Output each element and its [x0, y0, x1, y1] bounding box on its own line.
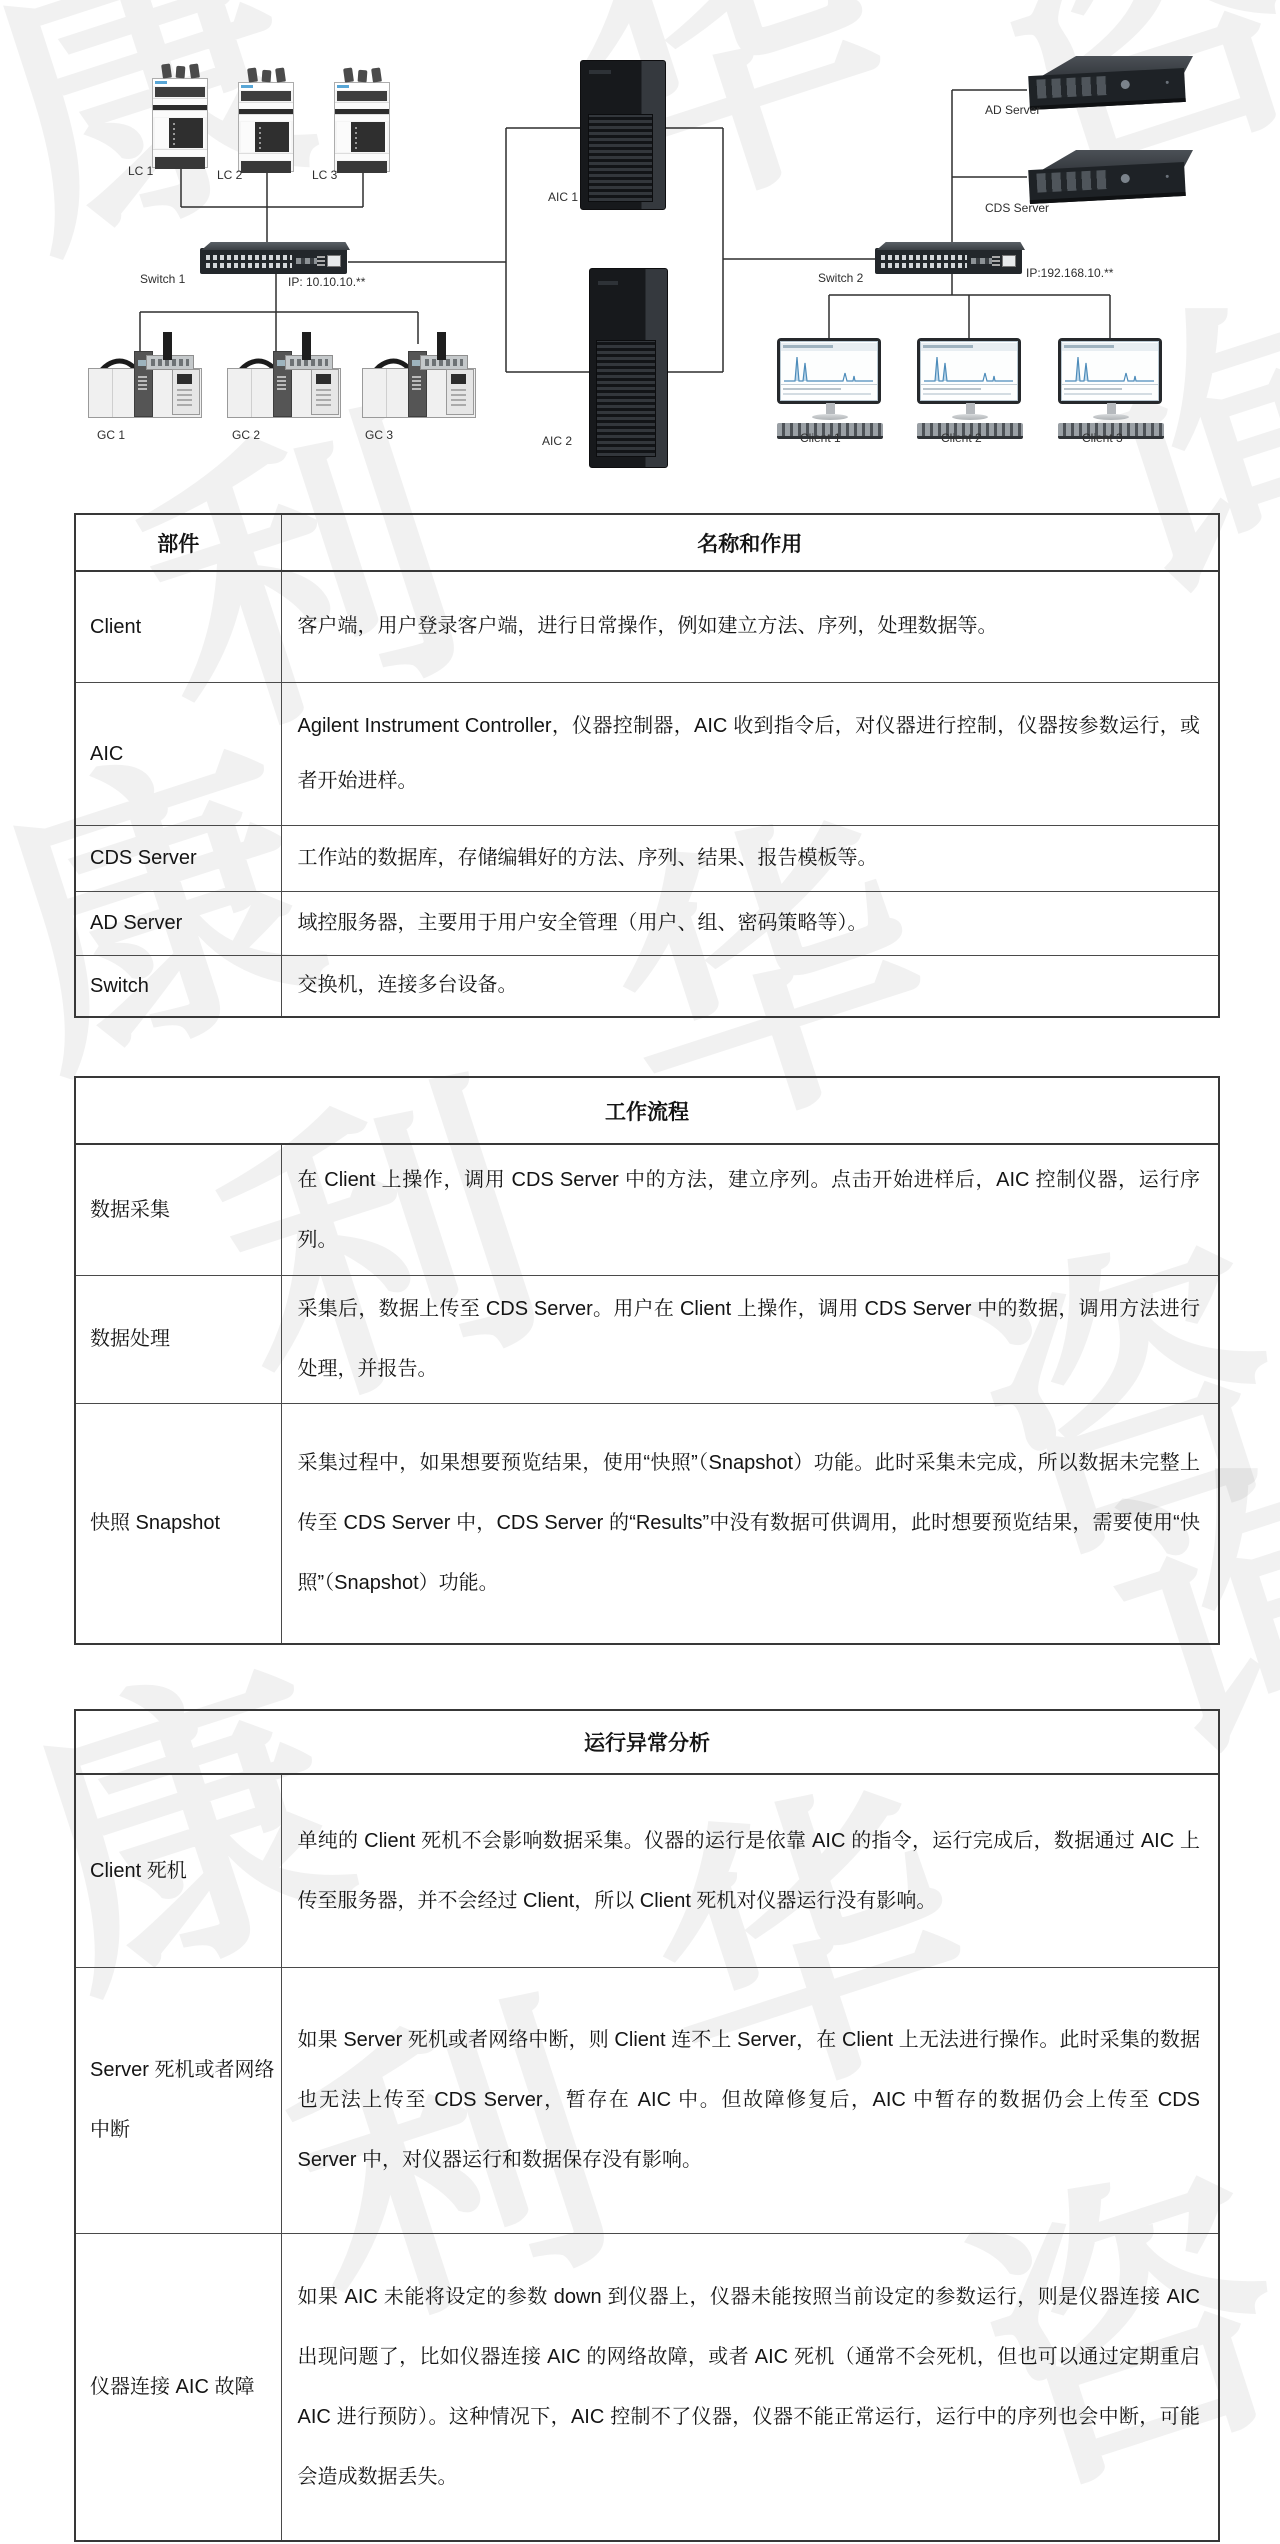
table-header-row: 部件 名称和作用: [75, 514, 1219, 571]
table-title: 运行异常分析: [75, 1710, 1219, 1774]
page: { "watermark":{"chars":["康","利","华","咨",…: [0, 0, 1280, 2544]
table-row: Client 死机 单纯的 Client 死机不会影响数据采集。仪器的运行是依靠…: [75, 1774, 1219, 1967]
chromatogram-screen: [780, 341, 878, 401]
monitor: [917, 338, 1021, 404]
chromatogram-icon: [781, 342, 877, 400]
client-workstation-3: [1058, 338, 1164, 439]
gc-injector-icon: [163, 332, 172, 360]
col-header-part: 部件: [75, 514, 281, 571]
term-cell: Client 死机: [75, 1774, 281, 1967]
lc-instrument-1: [152, 60, 208, 168]
cds-server-label: CDS Server: [985, 201, 1049, 215]
monitor-base: [812, 414, 848, 420]
term-cell: Server 死机或者网络中断: [75, 1967, 281, 2233]
monitor: [1058, 338, 1162, 404]
term-cell: 快照 Snapshot: [75, 1403, 281, 1644]
gc2-label: GC 2: [232, 428, 260, 442]
desc-cell: Agilent Instrument Controller，仪器控制器，AIC …: [281, 682, 1219, 825]
gc3-label: GC 3: [365, 428, 393, 442]
aic-tower-2: [589, 268, 668, 468]
ad-server: [1027, 56, 1195, 108]
lc1-label: LC 1: [128, 164, 153, 178]
term-cell: 数据采集: [75, 1144, 281, 1275]
table-row: 数据采集 在 Client 上操作，调用 CDS Server 中的方法，建立序…: [75, 1144, 1219, 1275]
table-row: Switch 交换机，连接多台设备。: [75, 955, 1219, 1017]
solvent-bottles-icon: [334, 64, 390, 82]
solvent-bottles-icon: [152, 60, 208, 78]
switch1-ip: IP: 10.10.10.**: [288, 275, 365, 289]
aic-tower-1: [580, 60, 666, 210]
lc-module-stack: [152, 78, 208, 168]
switch-2: [875, 248, 1022, 274]
gc-instrument-3: [362, 354, 476, 428]
gc-side-module: [311, 369, 339, 415]
lc-module-stack: [238, 82, 294, 172]
desc-cell: 客户端，用户登录客户端，进行日常操作，例如建立方法、序列，处理数据等。: [281, 571, 1219, 682]
lc3-label: LC 3: [312, 168, 337, 182]
chromatogram-screen: [920, 341, 1018, 401]
gc-instrument-1: [88, 354, 202, 428]
desc-cell: 如果 AIC 未能将设定的参数 down 到仪器上，仪器未能按照当前设定的参数运…: [281, 2233, 1219, 2541]
table-row: 仪器连接 AIC 故障 如果 AIC 未能将设定的参数 down 到仪器上，仪器…: [75, 2233, 1219, 2541]
table-row: CDS Server 工作站的数据库，存储编辑好的方法、序列、结果、报告模板等。: [75, 825, 1219, 891]
monitor-base: [1093, 414, 1129, 420]
monitor-base: [952, 414, 988, 420]
lc-instrument-3: [334, 64, 390, 172]
client1-label: Client 1: [800, 431, 841, 445]
term-cell: CDS Server: [75, 825, 281, 891]
table-row: AIC Agilent Instrument Controller，仪器控制器，…: [75, 682, 1219, 825]
client-workstation-1: [777, 338, 883, 439]
table-row: Server 死机或者网络中断 如果 Server 死机或者网络中断，则 Cli…: [75, 1967, 1219, 2233]
switch-uplink-icon: [1002, 255, 1016, 267]
switch-1: [200, 248, 347, 274]
monitor: [777, 338, 881, 404]
gc-side-module: [446, 369, 474, 415]
switch-ports-icon: [206, 263, 292, 268]
term-cell: AIC: [75, 682, 281, 825]
monitor-stand: [826, 403, 835, 414]
desc-cell: 采集过程中，如果想要预览结果，使用“快照”（Snapshot）功能。此时采集未完…: [281, 1403, 1219, 1644]
gc1-label: GC 1: [97, 428, 125, 442]
monitor-stand: [1107, 403, 1116, 414]
gc-side-module: [172, 369, 200, 415]
chromatogram-screen: [1061, 341, 1159, 401]
switch-ports-icon: [206, 255, 292, 260]
term-cell: AD Server: [75, 891, 281, 955]
client2-label: Client 2: [941, 431, 982, 445]
client3-label: Client 3: [1082, 431, 1123, 445]
switch2-ip: IP:192.168.10.**: [1026, 266, 1113, 280]
term-cell: 仪器连接 AIC 故障: [75, 2233, 281, 2541]
switch-uplink-icon: [327, 255, 341, 267]
workflow-table: 工作流程 数据采集 在 Client 上操作，调用 CDS Server 中的方…: [74, 1076, 1220, 1645]
desc-cell: 交换机，连接多台设备。: [281, 955, 1219, 1017]
aic1-label: AIC 1: [528, 190, 578, 204]
lc2-label: LC 2: [217, 168, 242, 182]
col-header-role: 名称和作用: [281, 514, 1219, 571]
desc-cell: 域控服务器，主要用于用户安全管理（用户、组、密码策略等）。: [281, 891, 1219, 955]
switch-ports-icon: [881, 255, 967, 260]
table-header-row: 工作流程: [75, 1077, 1219, 1144]
switch-led-icon: [317, 256, 325, 266]
chromatogram-icon: [1062, 342, 1158, 400]
chromatogram-icon: [921, 342, 1017, 400]
desc-cell: 在 Client 上操作，调用 CDS Server 中的方法，建立序列。点击开…: [281, 1144, 1219, 1275]
cds-server: [1027, 150, 1195, 202]
network-diagram: LC 1 LC 2 LC 3 Switch 1 IP: 10.10.10.**: [0, 0, 1280, 505]
switch-led-icon: [992, 256, 1000, 266]
lc-module-stack: [334, 82, 390, 172]
ad-server-label: AD Server: [985, 103, 1040, 117]
table-row: 数据处理 采集后，数据上传至 CDS Server。用户在 Client 上操作…: [75, 1275, 1219, 1403]
term-cell: 数据处理: [75, 1275, 281, 1403]
monitor-stand: [966, 403, 975, 414]
table-row: AD Server 域控服务器，主要用于用户安全管理（用户、组、密码策略等）。: [75, 891, 1219, 955]
switch2-label: Switch 2: [818, 271, 863, 285]
term-cell: Switch: [75, 955, 281, 1017]
table-row: Client 客户端，用户登录客户端，进行日常操作，例如建立方法、序列，处理数据…: [75, 571, 1219, 682]
switch1-label: Switch 1: [140, 272, 185, 286]
server-front-face: [1028, 162, 1186, 204]
table-header-row: 运行异常分析: [75, 1710, 1219, 1774]
lc-instrument-2: [238, 64, 294, 172]
table-title: 工作流程: [75, 1077, 1219, 1144]
client-workstation-2: [917, 338, 1023, 439]
components-table: 部件 名称和作用 Client 客户端，用户登录客户端，进行日常操作，例如建立方…: [74, 513, 1220, 1018]
desc-cell: 采集后，数据上传至 CDS Server。用户在 Client 上操作，调用 C…: [281, 1275, 1219, 1403]
gc-injector-icon: [437, 332, 446, 360]
aic2-label: AIC 2: [522, 434, 572, 448]
desc-cell: 如果 Server 死机或者网络中断，则 Client 连不上 Server，在…: [281, 1967, 1219, 2233]
desc-cell: 单纯的 Client 死机不会影响数据采集。仪器的运行是依靠 AIC 的指令，运…: [281, 1774, 1219, 1967]
exception-analysis-table: 运行异常分析 Client 死机 单纯的 Client 死机不会影响数据采集。仪…: [74, 1709, 1220, 2542]
desc-cell: 工作站的数据库，存储编辑好的方法、序列、结果、报告模板等。: [281, 825, 1219, 891]
gc-injector-icon: [302, 332, 311, 360]
switch-ports-icon: [881, 263, 967, 268]
solvent-bottles-icon: [238, 64, 294, 82]
term-cell: Client: [75, 571, 281, 682]
table-row: 快照 Snapshot 采集过程中，如果想要预览结果，使用“快照”（Snapsh…: [75, 1403, 1219, 1644]
gc-instrument-2: [227, 354, 341, 428]
server-front-face: [1028, 68, 1186, 110]
